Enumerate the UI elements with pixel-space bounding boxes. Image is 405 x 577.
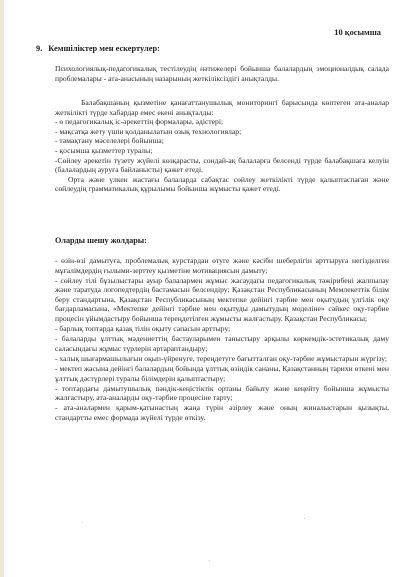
solutions-heading: Оларды шешу жолдары:: [55, 236, 147, 245]
findings-item: - қосымша қызметтер туралы;: [55, 146, 389, 156]
scan-speck: [304, 518, 305, 519]
solution-item: - халық шығармашылығын оқып-үйренуге, те…: [55, 354, 389, 364]
document-page: 10 қосымша 9.Кемшіліктер мен ескертулер:…: [4, 0, 405, 577]
solution-item: - мектеп жасына дейінгі балалардың бойын…: [55, 364, 389, 383]
findings-block: Балабақшаның қызметіне қанағаттанушылық …: [55, 98, 389, 194]
section-number: 9.: [36, 44, 42, 53]
findings-item: - мақсатқа жету үшін қолданылатын озық т…: [55, 127, 389, 137]
speech-correction-paragraph: -Сөйлеу әрекетін түзету жүйелі көзқараст…: [55, 156, 389, 175]
section-title: Кемшіліктер мен ескертулер:: [48, 44, 160, 53]
solution-item: - сөйлеу тілі бұзылыстары ауыр балаларме…: [55, 276, 389, 324]
solution-item: - балаларды ұлттық мәдениеттің бастаулар…: [55, 334, 389, 353]
grammar-paragraph: Орта және үлкен жастағы балаларда сабақт…: [55, 175, 389, 194]
scan-speck: [82, 522, 83, 523]
findings-item: - тамақтану мәселелері бойынша;: [55, 136, 389, 146]
section-heading: 9.Кемшіліктер мен ескертулер:: [36, 44, 160, 53]
solution-item: - ата-аналармен қарым-қатынастың жаңа тү…: [55, 403, 389, 422]
scan-speck: [209, 560, 210, 561]
findings-intro-block: Психологиялық-педагогикалық тестілеудің …: [55, 64, 389, 83]
solution-item: - топтардағы дамытушылық пәндік-кеңістік…: [55, 384, 389, 403]
findings-intro: Психологиялық-педагогикалық тестілеудің …: [55, 64, 389, 83]
solutions-list: - өзін-өзі дамытуға, проблемалық курстар…: [55, 256, 389, 423]
findings-item: - ө педагогикалық іс-әрекеттің формалары…: [55, 117, 389, 127]
monitoring-paragraph: Балабақшаның қызметіне қанағаттанушылық …: [55, 98, 389, 117]
appendix-label: 10 қосымша: [334, 28, 381, 37]
solution-item: - өзін-өзі дамытуға, проблемалық курстар…: [55, 256, 389, 275]
solution-item: - барлық топтарда қазақ тілін оқыту сапа…: [55, 324, 389, 334]
